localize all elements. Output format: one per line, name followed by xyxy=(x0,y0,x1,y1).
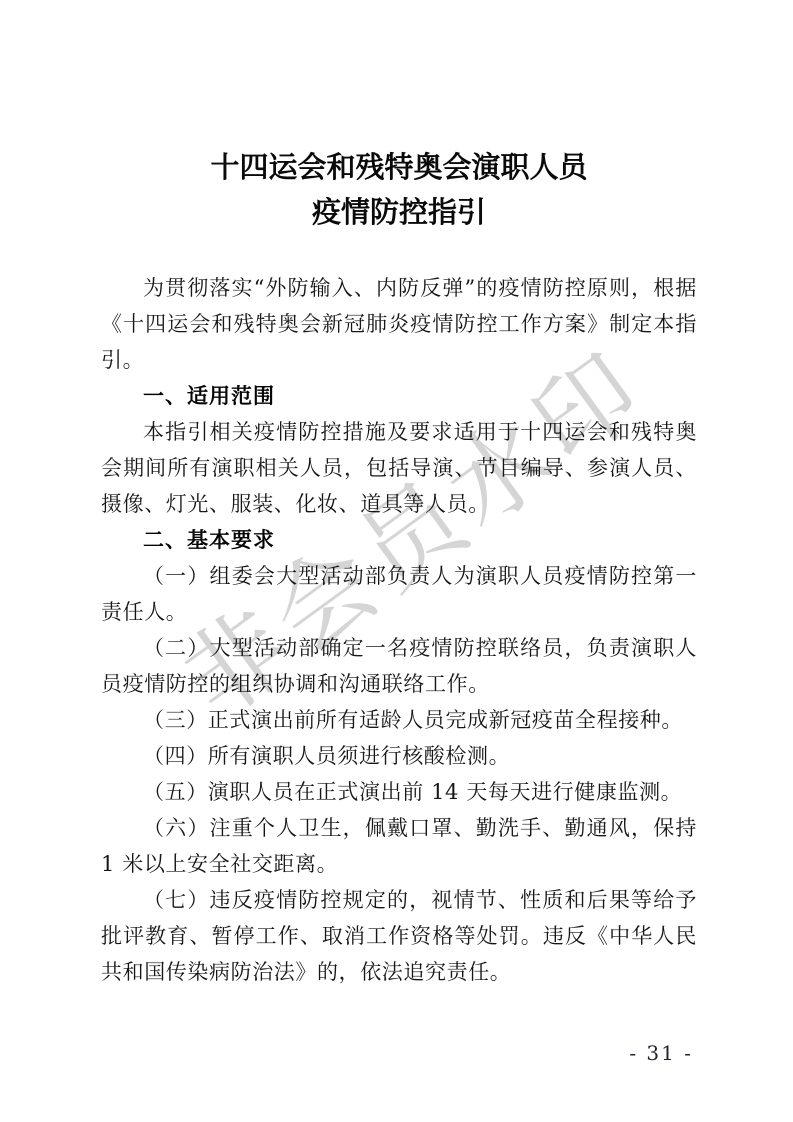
section-2-item-4: （四）所有演职人员须进行核酸检测。 xyxy=(101,738,697,774)
section-2-item-7: （七）违反疫情防控规定的，视情节、性质和后果等给予批评教育、暂停工作、取消工作资… xyxy=(101,882,697,990)
section-2-item-1: （一）组委会大型活动部负责人为演职人员疫情防控第一责任人。 xyxy=(101,558,697,630)
document-content: 十四运会和残特奥会演职人员 疫情防控指引 为贯彻落实“外防输入、内防反弹”的疫情… xyxy=(0,0,793,990)
document-page: 非会员水印 十四运会和残特奥会演职人员 疫情防控指引 为贯彻落实“外防输入、内防… xyxy=(0,0,793,1122)
page-number: - 31 - xyxy=(629,1041,693,1065)
section-2-item-3: （三）正式演出前所有适龄人员完成新冠疫苗全程接种。 xyxy=(101,702,697,738)
intro-paragraph: 为贯彻落实“外防输入、内防反弹”的疫情防控原则，根据《十四运会和残特奥会新冠肺炎… xyxy=(101,270,697,378)
section-2-item-5: （五）演职人员在正式演出前 14 天每天进行健康监测。 xyxy=(101,774,697,810)
section-1-heading: 一、适用范围 xyxy=(101,378,697,414)
document-title-line-2: 疫情防控指引 xyxy=(101,190,697,235)
document-title: 十四运会和残特奥会演职人员 疫情防控指引 xyxy=(101,145,697,235)
section-2-heading: 二、基本要求 xyxy=(101,522,697,558)
section-1-paragraph: 本指引相关疫情防控措施及要求适用于十四运会和残特奥会期间所有演职相关人员，包括导… xyxy=(101,414,697,522)
document-body: 为贯彻落实“外防输入、内防反弹”的疫情防控原则，根据《十四运会和残特奥会新冠肺炎… xyxy=(101,270,697,990)
document-title-line-1: 十四运会和残特奥会演职人员 xyxy=(101,145,697,190)
section-2-item-6: （六）注重个人卫生，佩戴口罩、勤洗手、勤通风，保持 1 米以上安全社交距离。 xyxy=(101,810,697,882)
section-2-item-2: （二）大型活动部确定一名疫情防控联络员，负责演职人员疫情防控的组织协调和沟通联络… xyxy=(101,630,697,702)
